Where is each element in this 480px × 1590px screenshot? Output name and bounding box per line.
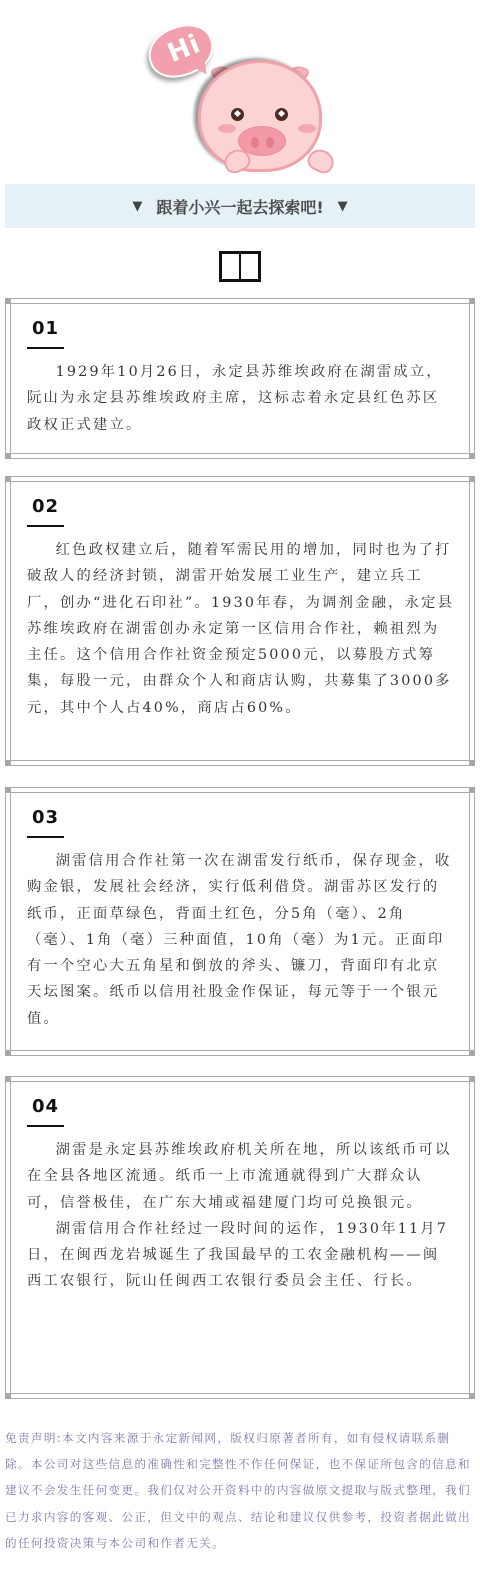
section-number: 04 xyxy=(27,1094,455,1120)
section-paragraph: 湖雷信用合作社第一次在湖雷发行纸币，保存现金，收购金银，发展社会经济，实行低利借… xyxy=(27,848,455,1032)
section-paragraph: 1929年10月26日，永定县苏维埃政府在湖雷成立，阮山为永定县苏维埃政府主席，… xyxy=(27,359,455,438)
pig-nostril-right xyxy=(266,137,274,148)
pig-cheek-left xyxy=(218,124,236,133)
section-paragraph: 红色政权建立后，随着军需民用的增加，同时也为了打破敌人的经济封锁，湖雷开始发展工… xyxy=(27,537,455,721)
frame-corner xyxy=(5,1394,10,1399)
pig-nostril-left xyxy=(251,137,259,148)
disclaimer-text: 免责声明:本文内容来源于永定新闻网，版权归原著者所有，如有侵权请联系删除。本公司… xyxy=(5,1425,475,1556)
explore-banner: ▼ 跟着小兴一起去探索吧! ▼ xyxy=(5,184,475,228)
section-number: 03 xyxy=(27,805,455,831)
frame-corner xyxy=(470,454,475,459)
section-card-02: 02 红色政权建立后，随着军需民用的增加，同时也为了打破敌人的经济封锁，湖雷开始… xyxy=(5,476,475,766)
open-book-icon xyxy=(219,251,261,282)
frame-corner xyxy=(470,1051,475,1056)
section-card-03: 03 湖雷信用合作社第一次在湖雷发行纸币，保存现金，收购金银，发展社会经济，实行… xyxy=(5,787,475,1056)
frame-corner xyxy=(5,761,10,766)
section-underline xyxy=(27,347,64,349)
frame-corner xyxy=(5,1076,10,1081)
pig-cheek-right xyxy=(298,124,316,133)
frame-corner xyxy=(5,298,10,303)
frame-corner xyxy=(470,476,475,481)
frame-corner xyxy=(470,761,475,766)
frame-corner xyxy=(5,476,10,481)
section-card-01: 01 1929年10月26日，永定县苏维埃政府在湖雷成立，阮山为永定县苏维埃政府… xyxy=(5,298,475,459)
section-underline xyxy=(27,1125,64,1127)
section-underline xyxy=(27,525,64,527)
section-paragraph: 湖雷信用合作社经过一段时间的运作，1930年11月7日，在闽西龙岩城诞生了我国最… xyxy=(27,1216,455,1295)
frame-corner xyxy=(470,298,475,303)
section-paragraph: 湖雷是永定县苏维埃政府机关所在地，所以该纸币可以在全县各地区流通。纸币一上市流通… xyxy=(27,1137,455,1216)
pig-eye-left xyxy=(231,108,244,121)
frame-corner xyxy=(5,787,10,792)
section-underline xyxy=(27,836,64,838)
frame-corner xyxy=(5,454,10,459)
triangle-down-icon: ▼ xyxy=(338,199,348,214)
banner-text: 跟着小兴一起去探索吧! xyxy=(156,195,323,218)
frame-corner xyxy=(470,1394,475,1399)
frame-corner xyxy=(470,787,475,792)
frame-corner xyxy=(5,1051,10,1056)
pig-eye-right xyxy=(275,108,288,121)
section-number: 02 xyxy=(27,494,455,520)
section-card-04: 04 湖雷是永定县苏维埃政府机关所在地，所以该纸币可以在全县各地区流通。纸币一上… xyxy=(5,1076,475,1399)
frame-corner xyxy=(470,1076,475,1081)
pig-mascot-image: Hi xyxy=(140,0,340,178)
triangle-down-icon: ▼ xyxy=(132,199,142,214)
section-number: 01 xyxy=(27,316,455,342)
